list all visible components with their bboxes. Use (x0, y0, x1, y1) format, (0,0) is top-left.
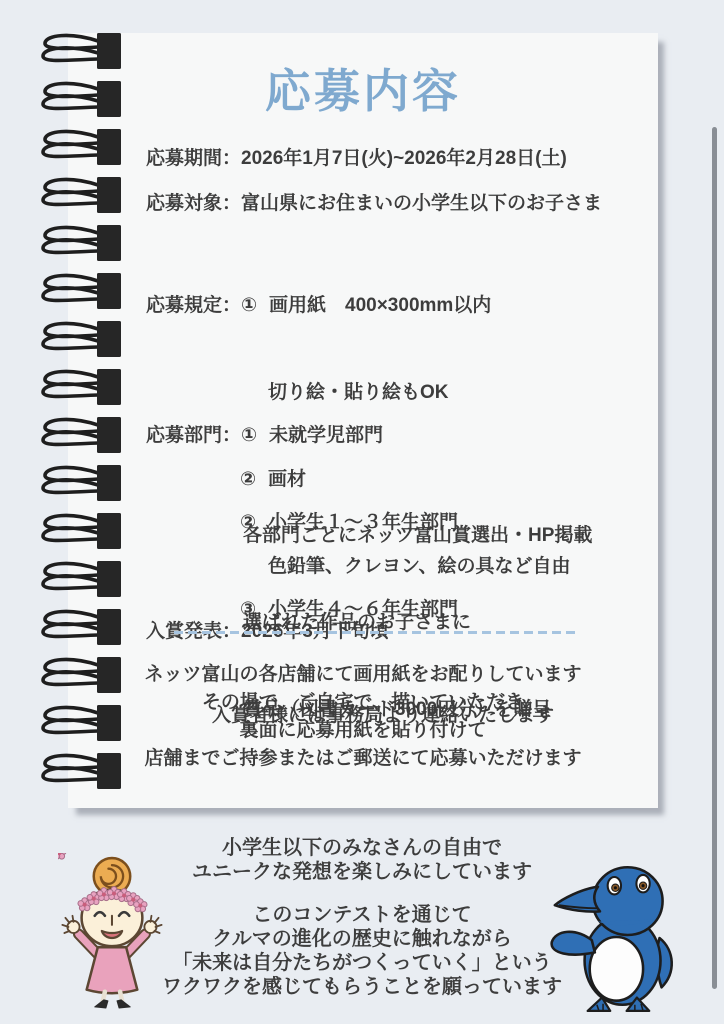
spiral-ring-icon (40, 510, 124, 554)
spiral-ring-icon (40, 174, 124, 218)
handout-line-3: 裏面に応募用紙を貼り付けて (68, 717, 658, 745)
spiral-ring-icon (40, 750, 124, 794)
dashed-divider (174, 631, 578, 634)
prize-line-1: 各部門ごとにネッツ富山賞選出・HP掲載 (243, 521, 592, 550)
rules-line-1: 応募規定：①画用紙 400×300mm以内 (146, 291, 570, 320)
flyer-page: 応募内容 応募期間：2026年1月7日(火)~2026年2月28日(土) 応募対… (0, 0, 724, 1024)
rules-item-1: 画用紙 400×300mm以内 (269, 295, 491, 316)
spiral-binding (0, 0, 130, 810)
spiral-ring-icon (40, 318, 124, 362)
handout-block: ネッツ富山の各店舗にて画用紙をお配りしています その場で、ご自宅で、描いていただ… (68, 661, 658, 773)
spiral-ring-icon (40, 30, 124, 74)
penguin-mascot-icon (548, 858, 693, 1014)
circled-1-icon: ① (241, 291, 269, 320)
division-1: 未就学児部門 (269, 425, 383, 446)
divisions-line-1: 応募部門：①未就学児部門 (146, 421, 458, 450)
period-value: 2026年1月7日(火)~2026年2月28日(土) (241, 148, 567, 169)
scrollbar-thumb[interactable] (712, 127, 717, 989)
spiral-ring-icon (40, 78, 124, 122)
spiral-ring-icon (40, 222, 124, 266)
spiral-ring-icon (40, 606, 124, 650)
handout-line-2: その場で、ご自宅で、描いていただき (68, 689, 658, 717)
circled-1-icon: ① (241, 421, 269, 450)
page-title: 応募内容 (68, 55, 658, 121)
period-label: 応募期間： (146, 144, 241, 173)
spiral-ring-icon (40, 270, 124, 314)
divisions-label: 応募部門： (146, 421, 241, 450)
notebook-paper: 応募内容 応募期間：2026年1月7日(火)~2026年2月28日(土) 応募対… (68, 33, 658, 808)
handout-line-1: ネッツ富山の各店舗にて画用紙をお配りしています (68, 661, 658, 689)
target-value: 富山県にお住まいの小学生以下のお子さま (241, 193, 602, 214)
handout-line-4: 店舗までご持参またはご郵送にて応募いただけます (68, 745, 658, 773)
spiral-ring-icon (40, 366, 124, 410)
spiral-ring-icon (40, 126, 124, 170)
rules-label: 応募規定： (146, 291, 241, 320)
spiral-ring-icon (40, 462, 124, 506)
spiral-ring-icon (40, 654, 124, 698)
application-period-line: 応募期間：2026年1月7日(火)~2026年2月28日(土) (146, 144, 567, 173)
eligibility-line: 応募対象：富山県にお住まいの小学生以下のお子さま (146, 189, 602, 218)
spiral-ring-icon (40, 558, 124, 602)
spiral-ring-icon (40, 414, 124, 458)
flower-girl-mascot-icon (58, 853, 170, 1013)
target-label: 応募対象： (146, 189, 241, 218)
spiral-ring-icon (40, 702, 124, 746)
